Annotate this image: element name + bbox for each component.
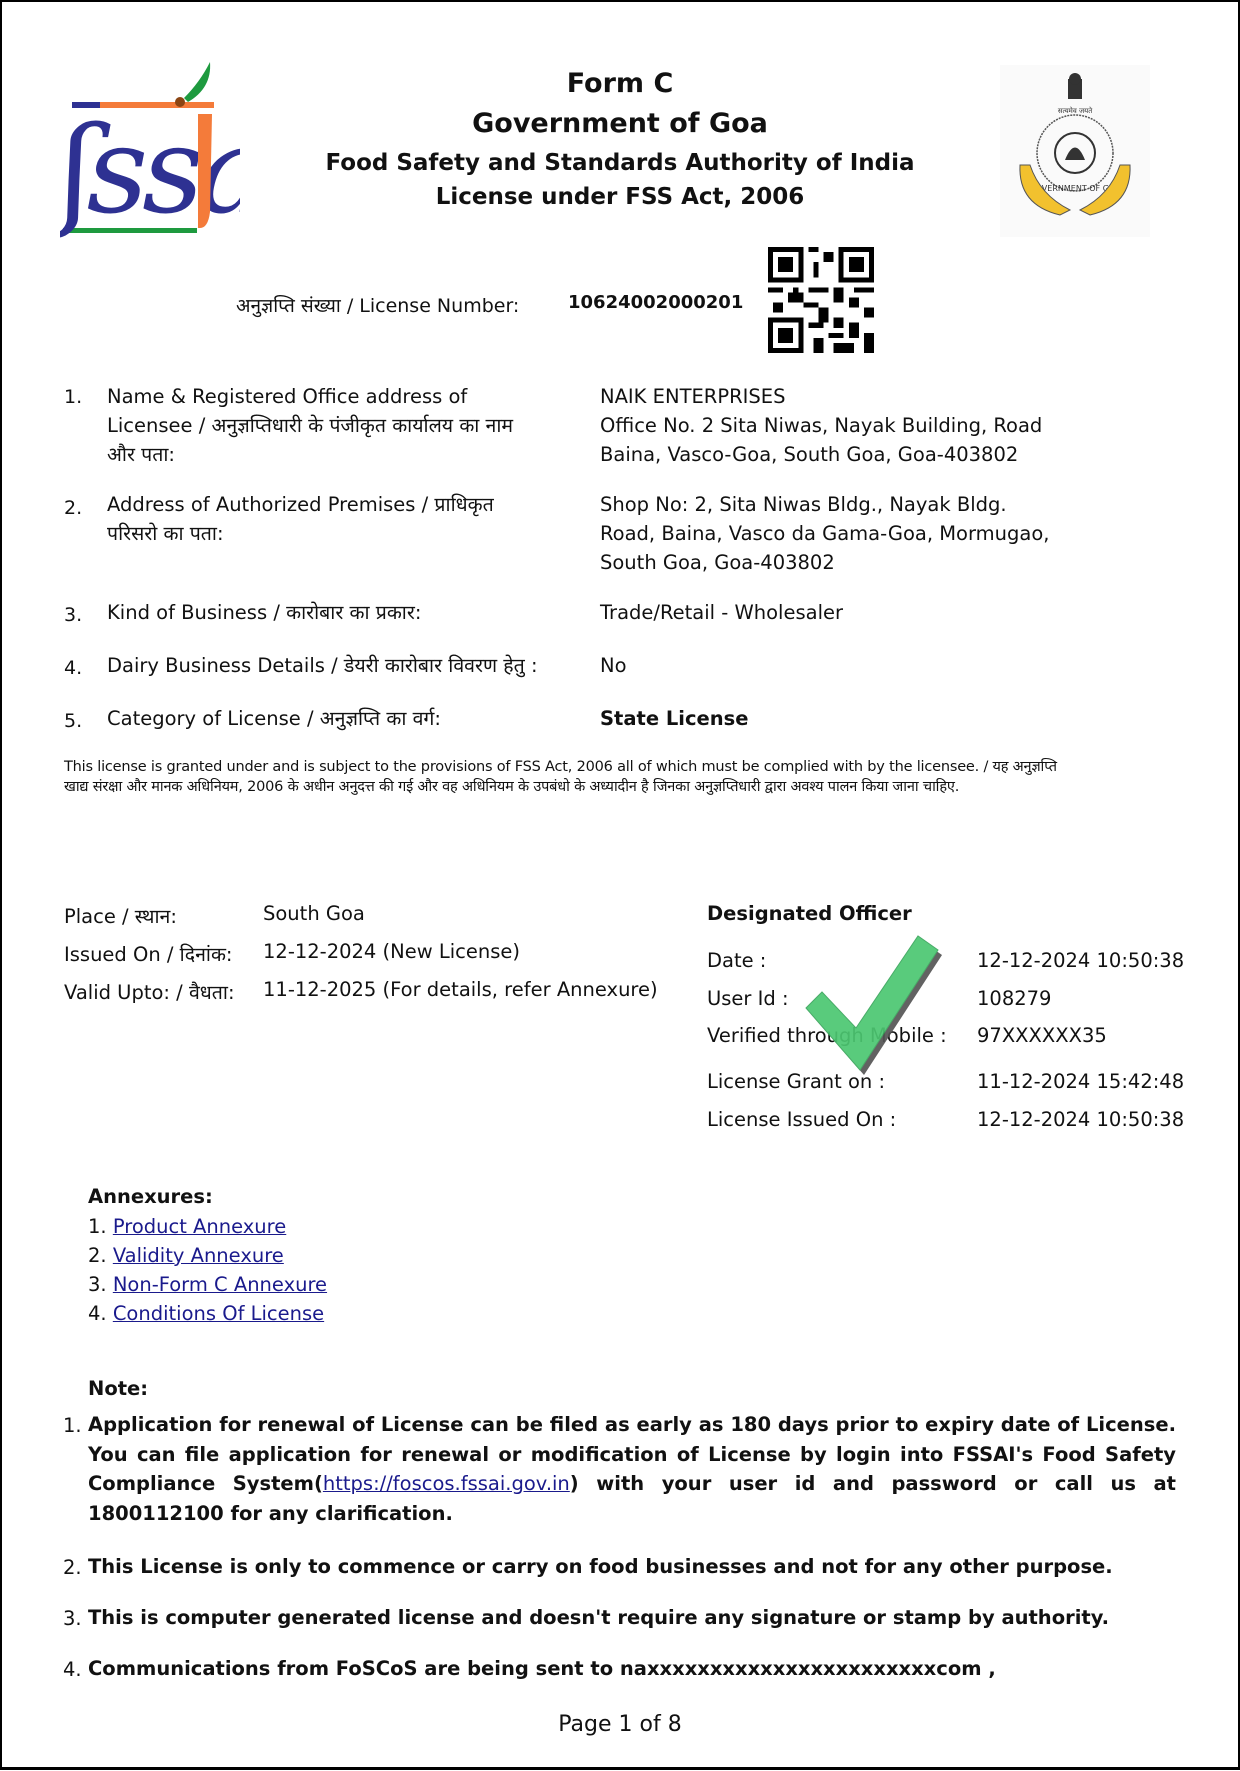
field-value-licensee: NAIK ENTERPRISES Office No. 2 Sita Niwas…	[600, 382, 1100, 469]
svg-text:सत्यमेव जयते: सत्यमेव जयते	[1058, 106, 1093, 115]
license-number-value: 10624002000201	[568, 292, 743, 313]
annexure-number: 1.	[88, 1215, 107, 1238]
field-label-category: Category of License / अनुज्ञप्ति का वर्ग…	[107, 704, 587, 733]
field-value-category: State License	[600, 704, 1100, 733]
green-checkmark-icon	[800, 928, 950, 1078]
legal-statement: This license is granted under and is sub…	[64, 757, 1064, 797]
note-purpose: This License is only to commence or carr…	[88, 1552, 1176, 1582]
note-number: 1.	[63, 1414, 82, 1437]
field-number: 3.	[64, 604, 82, 626]
licensee-address-line: Office No. 2 Sita Niwas, Nayak Building,…	[600, 411, 1100, 440]
validity-annexure-link[interactable]: Validity Annexure	[113, 1244, 284, 1267]
annexures-title: Annexures:	[88, 1185, 213, 1208]
annexure-item: 1. Product Annexure	[88, 1215, 286, 1238]
field-number: 4.	[64, 657, 82, 679]
designated-officer-title: Designated Officer	[707, 902, 912, 925]
note-communications: Communications from FoSCoS are being sen…	[88, 1654, 1176, 1684]
annexure-number: 4.	[88, 1302, 107, 1325]
field-number: 2.	[64, 497, 82, 519]
field-label-premises: Address of Authorized Premises / प्राधिक…	[107, 490, 527, 548]
field-number: 5.	[64, 710, 82, 732]
license-issued-value: 12-12-2024 10:50:38	[977, 1108, 1184, 1131]
officer-user-id-value: 108279	[977, 987, 1051, 1010]
verified-mobile-value: 97XXXXXX35	[977, 1024, 1107, 1047]
act-title: License under FSS Act, 2006	[300, 184, 940, 210]
field-label-business-kind: Kind of Business / कारोबार का प्रकार:	[107, 598, 587, 627]
note-title: Note:	[88, 1377, 148, 1400]
premises-address-line: South Goa, Goa-403802	[600, 548, 1100, 577]
license-grant-value: 11-12-2024 15:42:48	[977, 1070, 1184, 1093]
note-renewal: Application for renewal of License can b…	[88, 1410, 1176, 1528]
licensee-address-line: Baina, Vasco-Goa, South Goa, Goa-403802	[600, 440, 1100, 469]
foscos-link[interactable]: https://foscos.fssai.gov.in	[323, 1472, 570, 1495]
field-value-dairy: No	[600, 651, 1100, 680]
note-number: 2.	[63, 1556, 82, 1579]
annexure-number: 2.	[88, 1244, 107, 1267]
licensee-name: NAIK ENTERPRISES	[600, 382, 1100, 411]
valid-upto-value: 11-12-2025 (For details, refer Annexure)	[263, 978, 658, 1001]
officer-date-label: Date :	[707, 949, 766, 972]
non-form-c-annexure-link[interactable]: Non-Form C Annexure	[113, 1273, 327, 1296]
form-title: Form C	[300, 68, 940, 99]
officer-date-value: 12-12-2024 10:50:38	[977, 949, 1184, 972]
page-number: Page 1 of 8	[0, 1712, 1240, 1737]
annexure-item: 4. Conditions Of License	[88, 1302, 324, 1325]
government-title: Government of Goa	[300, 108, 940, 139]
annexure-item: 3. Non-Form C Annexure	[88, 1273, 327, 1296]
government-of-goa-emblem-icon: सत्यमेव जयते GOVERNMENT OF GOA	[1000, 65, 1150, 237]
fssai-logo-icon: ʃssa	[60, 62, 240, 242]
qr-code-icon	[768, 247, 874, 353]
place-value: South Goa	[263, 902, 365, 925]
issued-on-label: Issued On / दिनांक:	[64, 940, 233, 967]
officer-user-id-label: User Id :	[707, 987, 789, 1010]
field-number: 1.	[64, 386, 82, 408]
valid-upto-label: Valid Upto: / वैधता:	[64, 978, 235, 1005]
note-number: 4.	[63, 1658, 82, 1681]
field-value-business-kind: Trade/Retail - Wholesaler	[600, 598, 1100, 627]
note-computer-generated: This is computer generated license and d…	[88, 1603, 1176, 1633]
conditions-of-license-link[interactable]: Conditions Of License	[113, 1302, 324, 1325]
authority-title: Food Safety and Standards Authority of I…	[300, 150, 940, 176]
annexure-item: 2. Validity Annexure	[88, 1244, 284, 1267]
license-issued-label: License Issued On :	[707, 1108, 896, 1131]
premises-address-line: Road, Baina, Vasco da Gama-Goa, Mormugao…	[600, 519, 1100, 548]
field-value-premises: Shop No: 2, Sita Niwas Bldg., Nayak Bldg…	[600, 490, 1100, 577]
product-annexure-link[interactable]: Product Annexure	[113, 1215, 286, 1238]
license-number-label: अनुज्ञप्ति संख्या / License Number:	[236, 292, 519, 318]
field-label-dairy: Dairy Business Details / डेयरी कारोबार व…	[107, 651, 597, 680]
svg-text:ʃssa: ʃssa	[60, 102, 240, 241]
note-number: 3.	[63, 1607, 82, 1630]
annexure-number: 3.	[88, 1273, 107, 1296]
premises-address-line: Shop No: 2, Sita Niwas Bldg., Nayak Bldg…	[600, 490, 1100, 519]
issued-on-value: 12-12-2024 (New License)	[263, 940, 520, 963]
place-label: Place / स्थान:	[64, 902, 177, 929]
field-label-licensee: Name & Registered Office address of Lice…	[107, 382, 547, 469]
